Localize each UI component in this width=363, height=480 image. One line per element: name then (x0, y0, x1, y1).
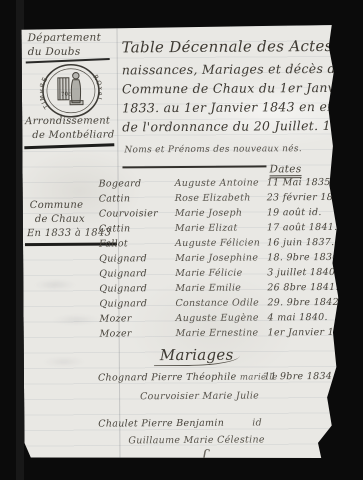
arrondissement-label: Arrondissement de Montbéliard (25, 114, 114, 143)
title-line-3: Commune de Chaux du 1er Janvier (122, 80, 353, 97)
names-header-rule (122, 165, 266, 168)
marriages-section-heading: Mariages (154, 346, 240, 367)
marriage-date: 11 9bre 1834 (264, 371, 363, 383)
title-line-2: naissances, Mariages et décès de la (122, 61, 360, 78)
marriage-row-bride: Courvoisier Marie Julie (140, 390, 259, 402)
given-names: Rose Elizabeth (175, 193, 251, 205)
marriage-row-groom: Chognard Pierre Théophile marié le 11 9b… (98, 371, 278, 383)
record-date: 11 Mai 1835 (267, 177, 331, 188)
document-paper: Département du Doubs TIMBRE ROYAL (21, 25, 339, 460)
given-names: Marie Elizat (175, 223, 238, 234)
names-column-header: Noms et Prénoms des nouveaux nés. (124, 144, 302, 155)
surname: Bogeard (99, 178, 142, 189)
groom-name: Chaulet Pierre Benjamin (98, 418, 224, 430)
given-names: Marie Emilie (175, 283, 241, 294)
pen-flourish: ʃ (201, 446, 208, 465)
record-date: 29. 9bre 1842 (267, 297, 339, 308)
record-date: 4 mai 1840. (267, 312, 327, 323)
arrondissement-underline (24, 143, 114, 149)
department-label: Département du Doubs (28, 31, 102, 60)
department-line2: du Doubs (28, 45, 102, 60)
surname: Mozer (99, 313, 131, 324)
given-names: Auguste Félicien (175, 237, 260, 249)
arrondissement-line2: de Montbéliard (25, 128, 114, 143)
title-line-5: de l'ordonnance du 20 Juillet. 1807. (122, 118, 360, 135)
surname: Quignard (99, 253, 147, 264)
department-line1: Département (28, 31, 102, 46)
surname: Cattin (99, 223, 131, 234)
record-date: 16 juin 1837. (267, 237, 335, 248)
given-names: Marie Josephine (175, 252, 258, 264)
given-names: Marie Joseph (175, 208, 243, 219)
scanned-document-page: { "margin": { "department_line1": "Dépar… (0, 0, 363, 480)
record-date: 18. 9bre 1836 (267, 252, 339, 263)
birth-row: Mozer Marie Ernestine 1er Janvier 1842 (24, 327, 339, 344)
surname: Quignard (99, 283, 147, 294)
record-date: 17 août 1841. (267, 222, 338, 233)
groom-name: Chognard Pierre Théophile (98, 372, 237, 384)
arrondissement-line1: Arrondissement (25, 114, 114, 129)
stamp-value-text: 70c (61, 92, 71, 98)
surname: Courvoisier (99, 208, 158, 219)
given-names: Marie Félicie (175, 268, 242, 279)
given-names: Auguste Antoine (175, 177, 259, 189)
surname: Fallot (99, 238, 128, 249)
surname: Mozer (100, 328, 132, 339)
record-date: 23 février 1839. (267, 192, 349, 204)
given-names: Constance Odile (175, 297, 259, 309)
dates-column-header: Dates (269, 163, 301, 178)
surname: Cattin (99, 193, 131, 204)
title-line-1: Table Décennale des Actes de (122, 37, 357, 57)
title-line-4: 1833. au 1er Janvier 1843 en exécution (122, 99, 363, 116)
given-names: Auguste Eugène (175, 312, 258, 324)
svg-text:ROYAL: ROYAL (91, 73, 102, 103)
record-date: 1er Janvier 1842 (268, 327, 353, 339)
record-date: 3 juillet 1840. (267, 267, 338, 278)
marriage-row-bride: Guillaume Marie Célestine (128, 434, 264, 446)
births-list: Bogeard Auguste Antoine 11 Mai 1835 Catt… (23, 177, 339, 344)
record-date: 19 août id. (267, 207, 322, 218)
record-date: 26 8bre 1841. (267, 282, 339, 293)
stamp-arc-right-text: ROYAL (91, 73, 102, 103)
surname: Quignard (99, 298, 147, 309)
given-names: Marie Ernestine (176, 327, 259, 339)
surname: Quignard (99, 268, 147, 279)
marriage-row-groom: Chaulet Pierre Benjamin id (98, 418, 224, 430)
marriage-note: id (252, 417, 262, 428)
